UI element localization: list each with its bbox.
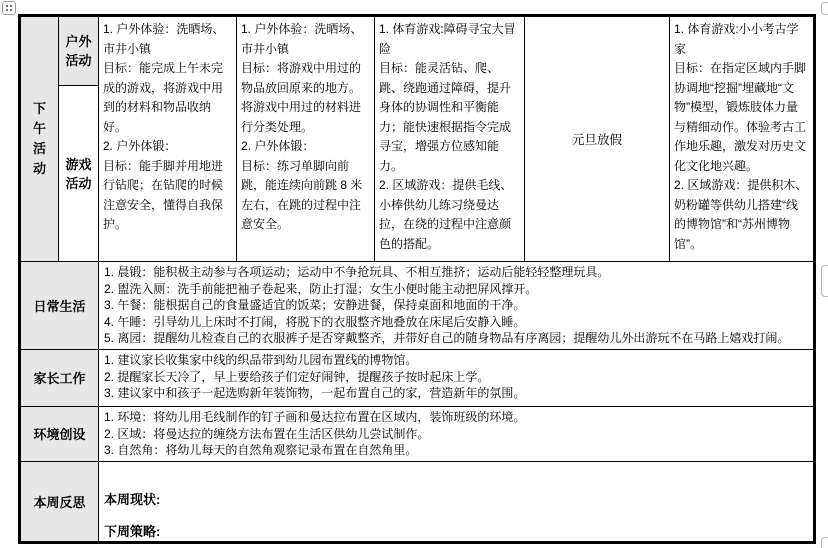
row-header-daily-life[interactable]: 日常生活 [20,262,99,350]
afternoon-cell-day2[interactable]: 1. 户外体验：洗晒场、市井小镇 目标：将游戏中用过的物品放回原来的地方。将游戏… [237,16,375,262]
move-dots-icon [6,5,12,11]
sub-header-game-activity[interactable]: 游戏活动 [59,86,99,262]
row-header-environment[interactable]: 环境创设 [20,406,99,461]
sub-header-outdoor-label: 户外活动 [65,32,93,70]
parent-work-item: 1. 建议家长收集家中线的织品带到幼儿园布置线的博物馆。 [104,352,808,369]
row-header-parent-work[interactable]: 家长工作 [20,349,99,406]
reflection-current-label: 本周现状: [104,492,809,507]
environment-cell[interactable]: 1. 环境：将幼儿用毛线制作的钉子画和曼达拉布置在区域内，装饰班级的环境。 2.… [99,406,815,461]
daily-life-item: 4. 午睡：引导幼儿上床时不打闹，将脱下的衣服整齐地叠放在床尾后安静入睡。 [104,314,808,331]
document-page: 下午活动 户外活动 1. 户外体验：洗晒场、市井小镇 目标：能完成上午未完成的游… [0,0,828,548]
scrollbar-fragment-top[interactable] [821,2,828,15]
reflection-next-label: 下周策略: [104,524,809,539]
environment-item: 1. 环境：将幼儿用毛线制作的钉子画和曼达拉布置在区域内，装饰班级的环境。 [104,409,808,426]
parent-work-cell[interactable]: 1. 建议家长收集家中线的织品带到幼儿园布置线的博物馆。 2. 提醒家长天冷了，… [99,349,815,406]
row-header-afternoon-activity[interactable]: 下午活动 [20,16,59,262]
row-header-afternoon-label: 下午活动 [32,99,48,179]
parent-work-item: 2. 提醒家长天冷了，早上要给孩子们定好闹钟，提醒孩子按时起床上学。 [104,369,808,386]
environment-item: 3. 自然角：将幼儿每天的自然角观察记录布置在自然角里。 [104,442,808,459]
environment-item: 2. 区域：将曼达拉的缠绕方法布置在生活区供幼儿尝试制作。 [104,426,808,443]
daily-life-item: 3. 午餐：能根据自己的食量盛适宜的饭菜；安静进餐，保持桌面和地面的干净。 [104,297,808,314]
table-move-handle-icon[interactable] [2,1,16,15]
reflection-cell[interactable]: 本周现状: 下周策略: [99,461,815,542]
daily-life-item: 2. 盥洗入厕：洗手前能把袖子卷起来，防止打湿；女生小便时能主动把屏风撑开。 [104,281,808,298]
afternoon-cell-day3[interactable]: 1. 体育游戏:障碍寻宝大冒险 目标：能灵活钻、爬、跳、绕跑通过障碍，提升身体的… [375,16,525,262]
daily-life-item: 1. 晨锻：能积极主动参与各项运动；运动中不争抢玩具、不相互推挤；运动后能轻轻整… [104,264,808,281]
afternoon-cell-day5[interactable]: 1. 体育游戏:小小考古学家 目标：在指定区域内手脚协调地“挖掘”埋藏地“文物”… [670,16,815,262]
sub-header-game-label: 游戏活动 [65,155,93,193]
row-header-reflection[interactable]: 本周反思 [20,461,99,542]
daily-life-cell[interactable]: 1. 晨锻：能积极主动参与各项运动；运动中不争抢玩具、不相互推挤；运动后能轻轻整… [99,262,815,350]
afternoon-cell-day1[interactable]: 1. 户外体验：洗晒场、市井小镇 目标：能完成上午未完成的游戏，将游戏中用到的材… [99,16,237,262]
sub-header-outdoor-activity[interactable]: 户外活动 [59,16,99,86]
daily-life-item: 5. 离园：提醒幼儿检查自己的衣服裤子是否穿戴整齐，并带好自己的随身物品有序离园… [104,330,808,347]
afternoon-cell-holiday[interactable]: 元旦放假 [525,16,670,262]
scrollbar-fragment-bottom[interactable] [821,537,828,548]
scrollbar-fragment-middle[interactable] [821,265,828,297]
parent-work-item: 3. 建议家中和孩子一起选购新年装饰物，一起布置自己的家，营造新年的氛围。 [104,385,808,402]
weekly-plan-table: 下午活动 户外活动 1. 户外体验：洗晒场、市井小镇 目标：能完成上午未完成的游… [18,14,816,544]
